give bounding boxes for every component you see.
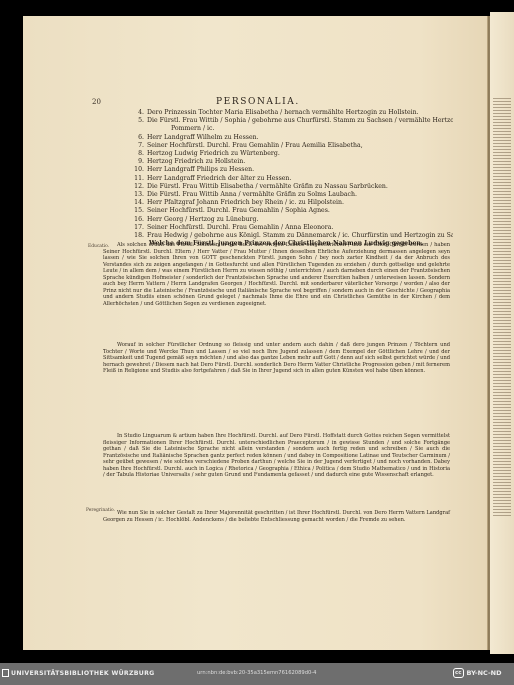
list-item: 10.Herr Landgraff Philips zu Hessen. bbox=[133, 166, 453, 174]
license-label: BY-NC-ND bbox=[467, 669, 502, 677]
library-logo-icon bbox=[2, 669, 9, 677]
list-item: 15.Seiner Hochfürstl. Durchl. Frau Gemah… bbox=[133, 207, 453, 215]
list-item: 6.Herr Landgraff Wilhelm zu Hessen. bbox=[133, 134, 453, 142]
license-badge[interactable]: cc BY-NC-ND bbox=[453, 668, 501, 678]
list-item: 16.Herr Georg / Hertzog zu Lüneburg. bbox=[133, 216, 453, 224]
list-item: 8.Hertzog Ludwig Friedrich zu Würtenberg… bbox=[133, 150, 453, 158]
library-name: UNIVERSITÄTSBIBLIOTHEK WÜRZBURG bbox=[11, 670, 155, 677]
list-item: 14.Herr Pfaltzgraf Johann Friedrich bey … bbox=[133, 199, 453, 207]
sponsor-list: 4.Dero Prinzessin Tochter Maria Elisabet… bbox=[133, 109, 453, 248]
library-logo[interactable]: UNIVERSITÄTSBIBLIOTHEK WÜRZBURG bbox=[2, 669, 155, 677]
list-item: 4.Dero Prinzessin Tochter Maria Elisabet… bbox=[133, 109, 453, 117]
list-item: 9.Hertzog Friedrich zu Hollstein. bbox=[133, 158, 453, 166]
body-paragraph: In Studio Linguarum & artium haben Ihre … bbox=[103, 433, 450, 479]
list-item: 7.Seiner Hochfürstl. Durchl. Frau Gemahl… bbox=[133, 142, 453, 150]
list-item: 18.Frau Hedwig / gebohrne aus Königl. St… bbox=[133, 232, 453, 240]
body-paragraph: Worauf in solcher Fürstlicher Ordnung so… bbox=[103, 342, 450, 375]
adjacent-page-text bbox=[493, 98, 511, 518]
list-item: 12.Die Fürstl. Frau Wittib Elisabetha / … bbox=[133, 183, 453, 191]
list-item: 5.Die Fürstl. Frau Wittib / Sophia / geb… bbox=[133, 117, 453, 125]
list-item-continuation: Pommern / ic. bbox=[133, 125, 453, 133]
creative-commons-icon: cc bbox=[453, 668, 464, 678]
list-item: 13.Die Fürstl. Frau Wittib Anna / vermäh… bbox=[133, 191, 453, 199]
viewer-footer-bar: UNIVERSITÄTSBIBLIOTHEK WÜRZBURG urn:nbn:… bbox=[0, 663, 514, 685]
urn-identifier[interactable]: urn:nbn:de:bvb:20-35a315emn76162089d0-4 bbox=[197, 670, 316, 676]
margin-note-peregrinatio: Peregrinatio. bbox=[86, 508, 104, 513]
body-paragraph: Als solchen erhalt das Fürstl. Söhnlein … bbox=[103, 242, 450, 307]
body-paragraph: Wie nun Sie in solcher Gestalt zu Ihrer … bbox=[103, 510, 450, 523]
list-item: 11.Herr Landgraff Friedrich der älter zu… bbox=[133, 175, 453, 183]
adjacent-page-edge bbox=[490, 12, 514, 654]
page-heading: PERSONALIA. bbox=[216, 97, 300, 107]
list-item: 17.Seiner Hochfürstl. Durchl. Frau Gemah… bbox=[133, 224, 453, 232]
page-number: 20 bbox=[92, 98, 101, 106]
